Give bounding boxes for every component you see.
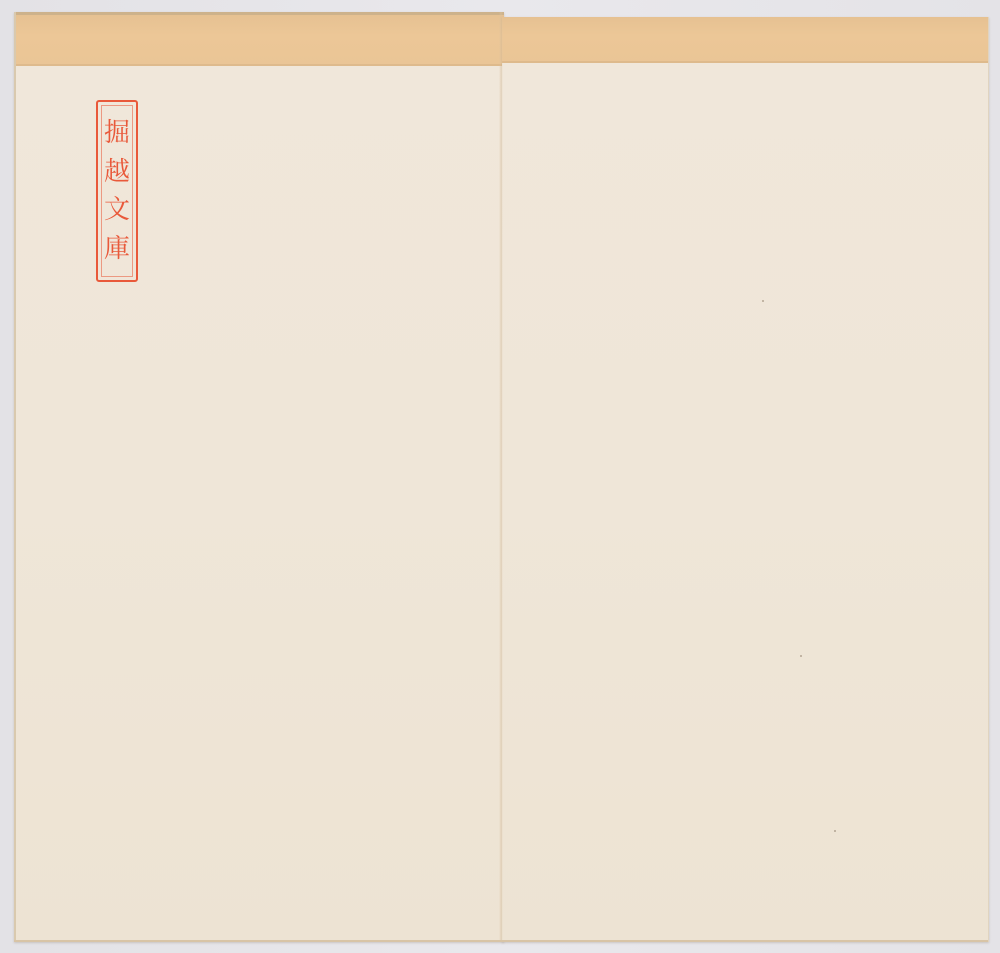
seal-char-2: 越	[104, 159, 130, 185]
top-tape-strip-right	[502, 17, 988, 63]
tape-edge	[502, 61, 988, 63]
book-gutter	[499, 12, 503, 942]
seal-char-1: 掘	[104, 120, 130, 146]
scan-background: 掘 越 文 庫	[0, 0, 1000, 953]
right-page	[502, 17, 989, 942]
page-bottom-edge	[14, 940, 988, 942]
seal-char-3: 文	[104, 197, 130, 223]
tape-edge	[16, 64, 504, 66]
left-page: 掘 越 文 庫	[14, 12, 504, 942]
paper-speck	[762, 300, 764, 302]
top-tape-strip-left	[16, 12, 504, 66]
paper-speck	[834, 830, 836, 832]
paper-speck	[800, 655, 802, 657]
ownership-seal: 掘 越 文 庫	[96, 100, 138, 282]
seal-char-4: 庫	[104, 236, 130, 262]
